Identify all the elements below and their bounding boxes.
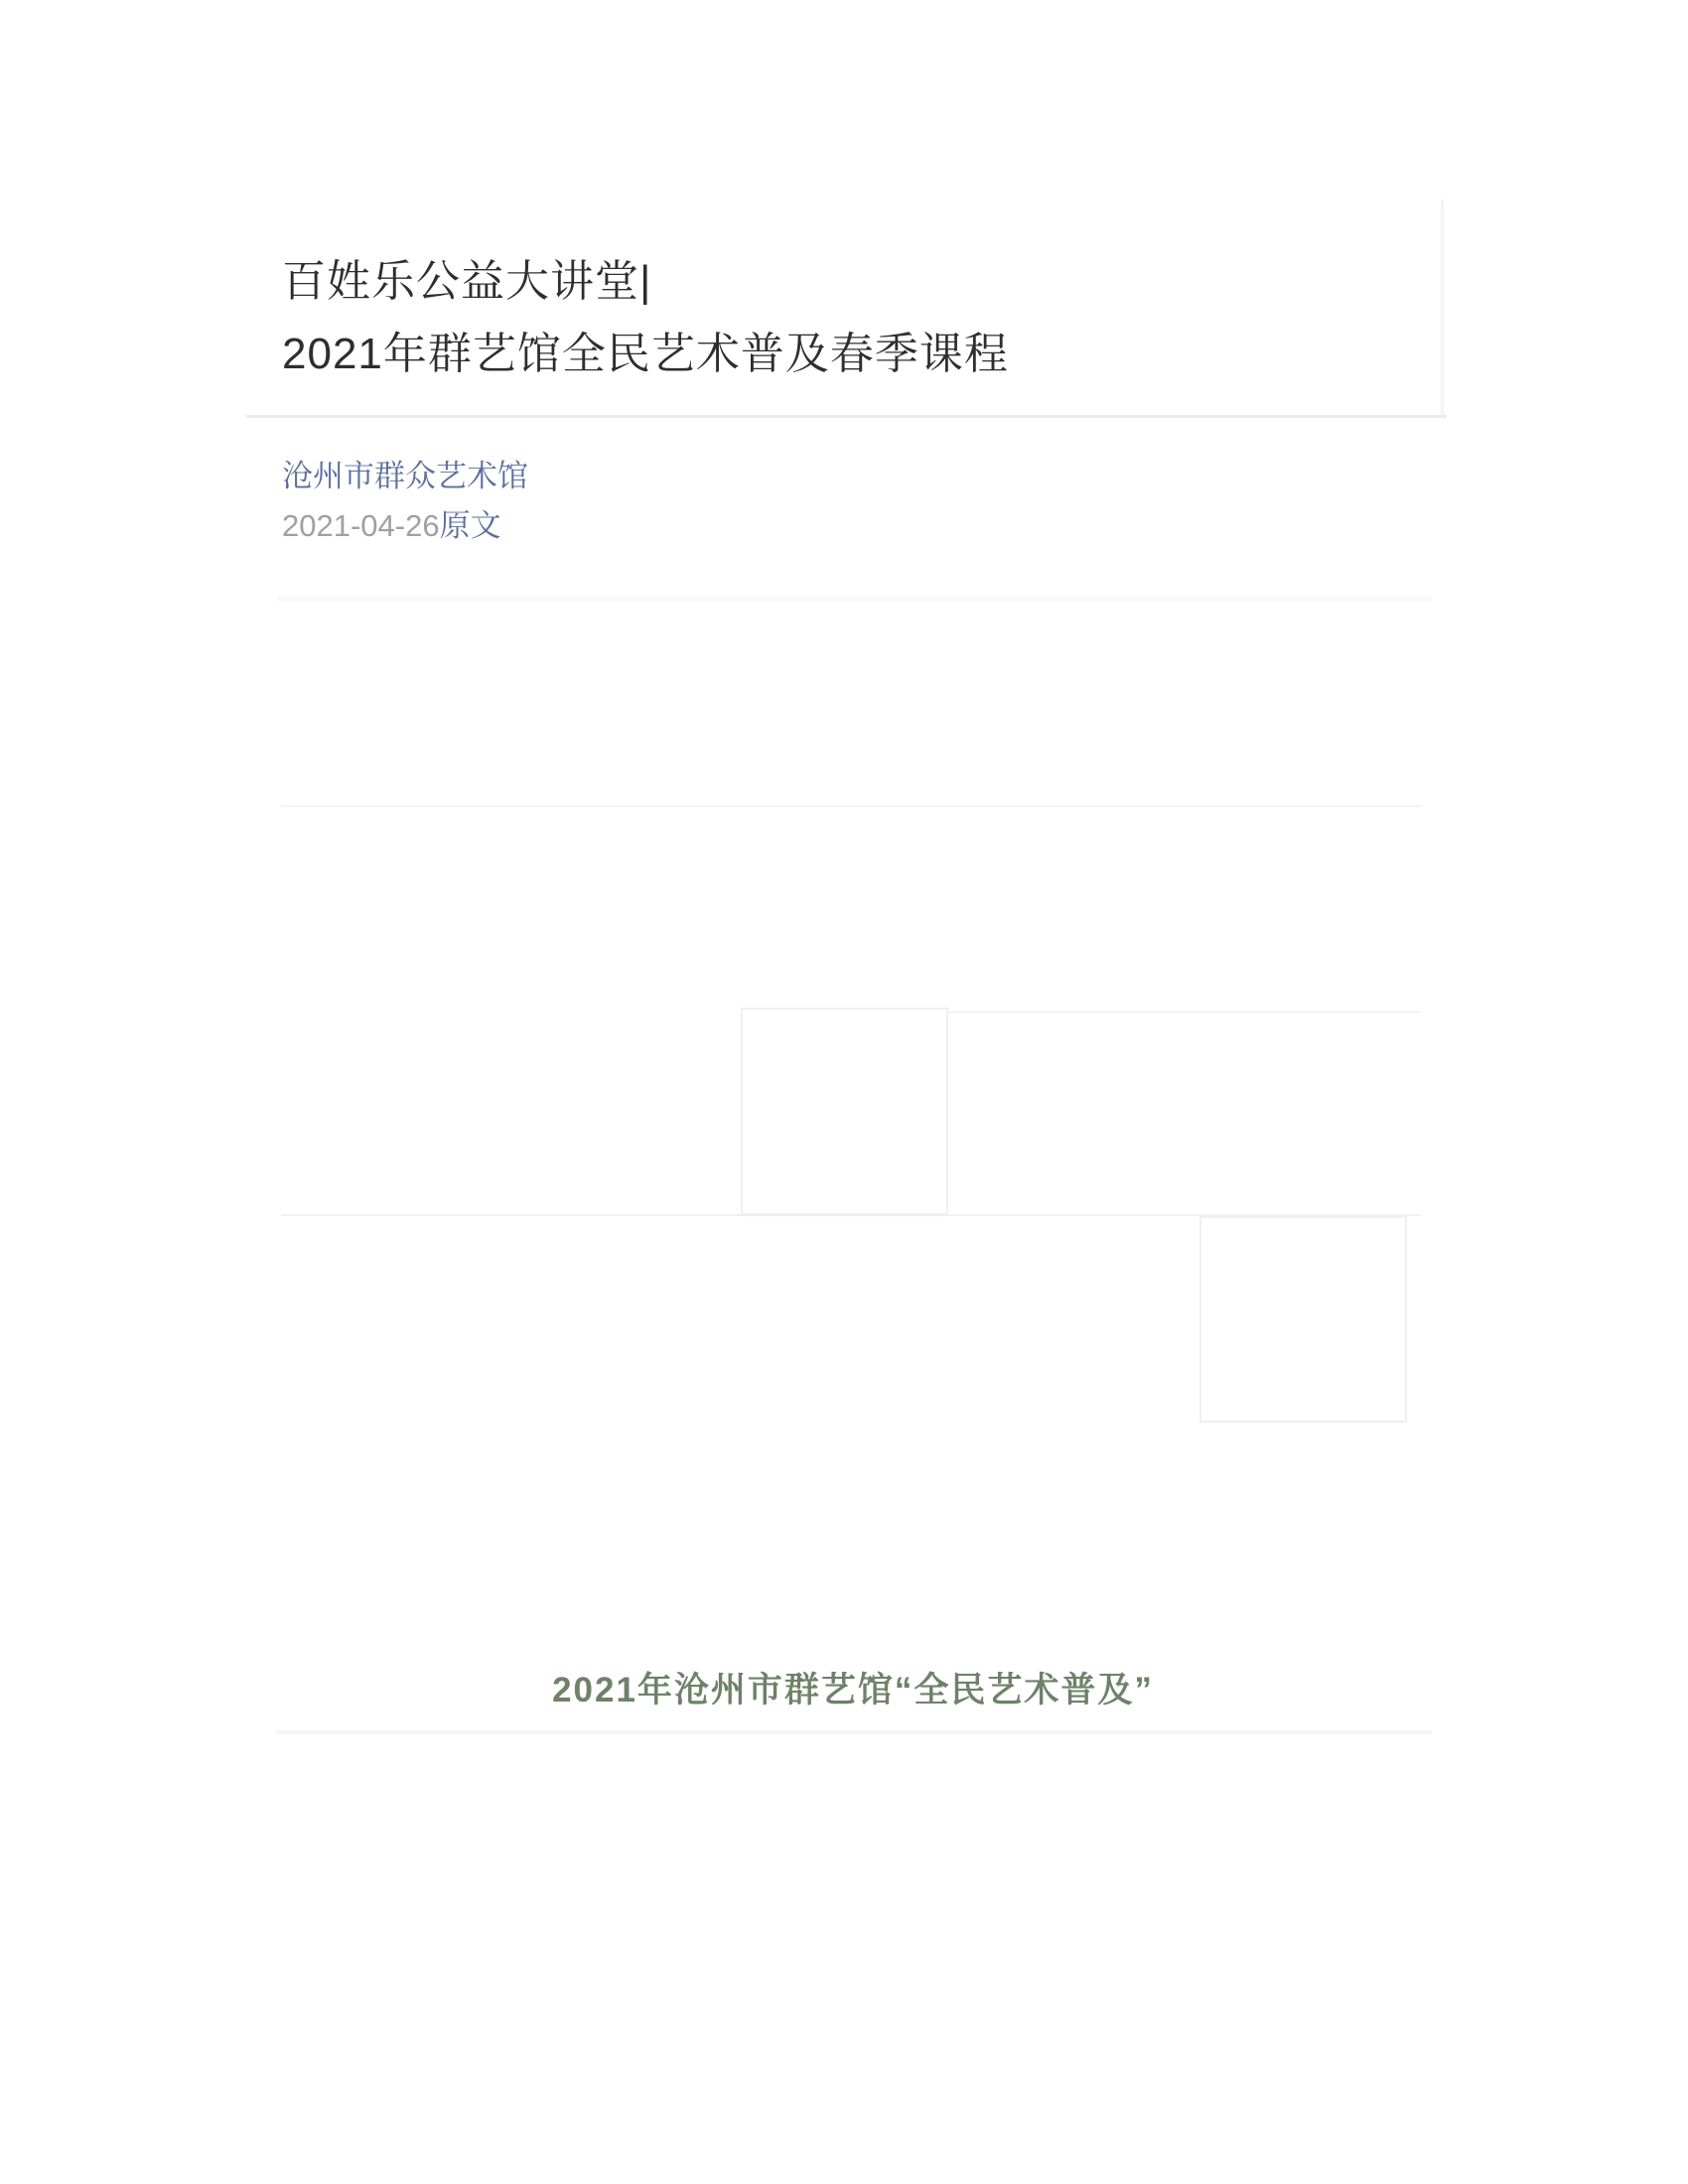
article-title: 百姓乐公益大讲堂| 2021年群艺馆全民艺术普及春季课程 (282, 245, 1424, 390)
byline-divider (277, 597, 1432, 602)
origin-link[interactable]: 原文 (440, 508, 501, 543)
publish-date: 2021-04-26 (282, 508, 440, 543)
title-card-right-hairline (1441, 200, 1444, 415)
title-divider (246, 415, 1447, 418)
image-placeholder-2 (1199, 1216, 1407, 1423)
author-row: 沧州市群众艺术馆 (282, 452, 528, 501)
bottom-divider (276, 1730, 1432, 1734)
author-link[interactable]: 沧州市群众艺术馆 (282, 459, 528, 493)
content-hairline-1 (281, 805, 1421, 807)
article-title-line2: 2021年群艺馆全民艺术普及春季课程 (282, 318, 1424, 390)
article-title-line1: 百姓乐公益大讲堂| (282, 245, 1424, 318)
content-hairline-2 (947, 1011, 1421, 1014)
image-placeholder-1 (741, 1008, 948, 1215)
date-row: 2021-04-26原文 (282, 501, 528, 551)
article-page: { "article": { "title_line1": "百姓乐公益大讲堂|… (0, 0, 1688, 2184)
byline: 沧州市群众艺术馆 2021-04-26原文 (282, 452, 528, 551)
section-heading: 2021年沧州市群艺馆“全民艺术普及” (281, 1667, 1425, 1714)
